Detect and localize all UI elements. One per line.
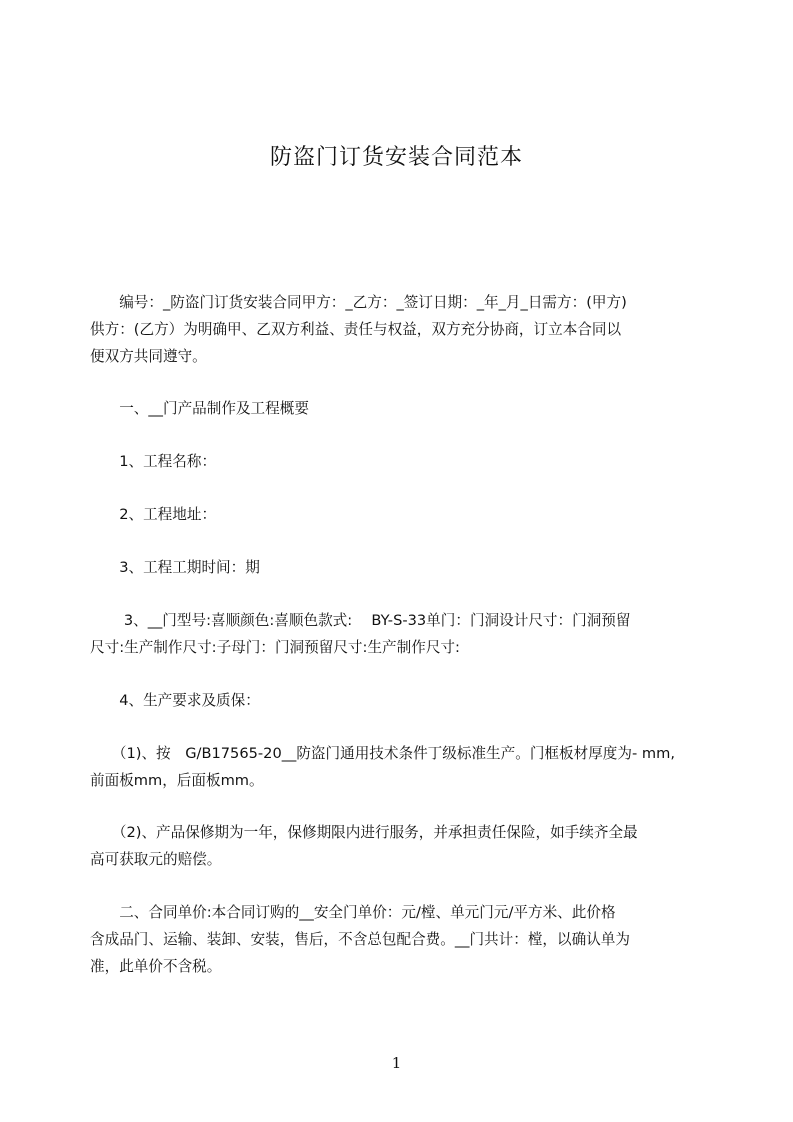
- item-production-requirements: 4、生产要求及质保：: [90, 687, 710, 714]
- page-number: 1: [0, 1054, 793, 1072]
- text-line: 准，此单价不含税。: [90, 953, 710, 980]
- text-line: 编号：_防盗门订货安装合同甲方：_乙方：_签订日期：_年_月_日需方：(甲方): [90, 289, 710, 316]
- text-line: 3、工程工期时间：期: [90, 554, 710, 581]
- section-1-heading: 一、__门产品制作及工程概要: [90, 395, 710, 422]
- text-line: 1、工程名称：: [90, 448, 710, 475]
- item-project-name: 1、工程名称：: [90, 448, 710, 475]
- text-line: 二、合同单价:本合同订购的__安全门单价：元/樘、单元门元/平方米、此价格: [90, 899, 710, 926]
- text-line: 2、工程地址：: [90, 501, 710, 528]
- item-project-address: 2、工程地址：: [90, 501, 710, 528]
- text-line: 供方：(乙方）为明确甲、乙双方利益、责任与权益，双方充分协商，订立本合同以: [90, 316, 710, 343]
- text-line: 含成品门、运输、装卸、安装，售后，不含总包配合费。__门共计：樘，以确认单为: [90, 926, 710, 953]
- item-project-duration: 3、工程工期时间：期: [90, 554, 710, 581]
- item-door-model: 3、__门型号:喜顺颜色:喜顺色款式: BY-S-33单门：门洞设计尺寸：门洞预…: [90, 607, 710, 661]
- text-line: 尺寸:生产制作尺寸:子母门：门洞预留尺寸:生产制作尺寸:: [90, 634, 710, 661]
- text-line: （2)、产品保修期为一年，保修期限内进行服务，并承担责任保险，如手续齐全最: [90, 819, 710, 846]
- text-line: 3、__门型号:喜顺颜色:喜顺色款式: BY-S-33单门：门洞设计尺寸：门洞预…: [90, 607, 710, 634]
- section-2-unit-price: 二、合同单价:本合同订购的__安全门单价：元/樘、单元门元/平方米、此价格 含成…: [90, 899, 710, 980]
- document-title: 防盗门订货安装合同范本: [0, 140, 793, 171]
- text-line: 4、生产要求及质保：: [90, 687, 710, 714]
- text-line: 便双方共同遵守。: [90, 343, 710, 370]
- item-warranty: （2)、产品保修期为一年，保修期限内进行服务，并承担责任保险，如手续齐全最 高可…: [90, 819, 710, 873]
- text-line: （1)、按 G/B17565-20__防盗门通用技术条件丁级标准生产。门框板材厚…: [90, 740, 710, 767]
- text-line: 高可获取元的赔偿。: [90, 846, 710, 873]
- text-line: 前面板mm，后面板mm。: [90, 767, 710, 794]
- text-line: 一、__门产品制作及工程概要: [90, 395, 710, 422]
- item-standard: （1)、按 G/B17565-20__防盗门通用技术条件丁级标准生产。门框板材厚…: [90, 740, 710, 794]
- preamble-paragraph: 编号：_防盗门订货安装合同甲方：_乙方：_签订日期：_年_月_日需方：(甲方) …: [90, 289, 710, 370]
